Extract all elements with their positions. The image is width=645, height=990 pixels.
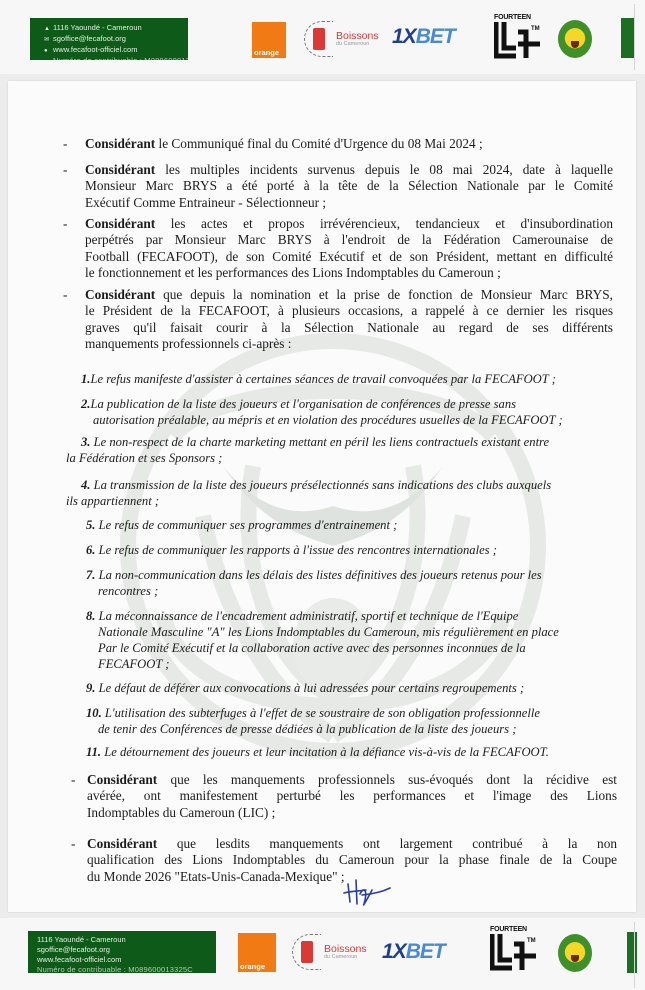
failing-item-line: 8. La méconnaissance de l'encadrement ad… xyxy=(86,608,518,624)
failing-number: 10. xyxy=(86,706,102,720)
website-line: ●www.fecafoot-officiel.com xyxy=(44,45,188,56)
consideration-paragraph: -Considérant que les manquements profess… xyxy=(87,772,617,821)
letterhead-footer: 1116 Yaoundé - Cameroun sgoffice@fecafoo… xyxy=(0,918,645,990)
footer-orange-logo: orange xyxy=(238,933,276,972)
keyword-considerant: Considérant xyxy=(85,216,155,231)
contact-box: ▲1116 Yaoundé - Cameroun ✉sgoffice@fecaf… xyxy=(30,18,188,60)
failing-number: 5. xyxy=(86,518,95,532)
failing-number: 11. xyxy=(86,745,101,759)
failing-number: 9. xyxy=(86,681,95,695)
home-icon: ▲ xyxy=(44,24,53,34)
footer-1xbet-logo: 1XBET xyxy=(382,940,445,964)
bullet-dash: - xyxy=(63,136,67,152)
failing-item-line: 1.Le refus manifeste d'assister à certai… xyxy=(81,371,556,387)
consideration-line: graves qu'il faisait courir à la Sélecti… xyxy=(85,320,613,336)
keyword-considerant: Considérant xyxy=(85,287,155,302)
consideration-line: Exécutif Comme Entraineur - Sélectionneu… xyxy=(85,195,613,211)
failing-item-line: Par le Comité Exécutif et la collaborati… xyxy=(98,640,526,656)
bullet-dash: - xyxy=(63,287,67,303)
failing-number: 2. xyxy=(81,397,90,411)
failing-item-line: 2.La publication de la liste des joueurs… xyxy=(81,396,516,412)
svg-text:TM: TM xyxy=(531,26,540,32)
footer-website-line: www.fecafoot-officiel.com xyxy=(37,955,216,965)
fourteen-14-mark-icon: TM xyxy=(494,22,544,60)
failing-item-line: la Fédération et ses Sponsors ; xyxy=(66,450,222,466)
green-accent-bar xyxy=(621,18,635,58)
failing-number: 4. xyxy=(81,478,90,492)
consideration-line: Considérant les actes et propos irrévére… xyxy=(85,216,613,232)
failing-item-line: 4. La transmission de la liste des joueu… xyxy=(81,477,551,493)
failing-item-line: autorisation préalable, au mépris et en … xyxy=(93,412,563,428)
failing-item-line: FECAFOOT ; xyxy=(98,656,169,672)
signature-initials-icon xyxy=(342,876,392,910)
bullet-dash: - xyxy=(63,162,67,178)
document-page: -Considérant le Communiqué final du Comi… xyxy=(8,81,636,912)
footer-address-line: 1116 Yaoundé - Cameroun xyxy=(37,935,216,945)
mail-icon: ✉ xyxy=(44,35,53,45)
footer-boissons-du-cameroun-logo: Boissons du Cameroun xyxy=(292,933,367,971)
failing-item-line: ils appartiennent ; xyxy=(66,493,159,509)
consideration-paragraph: -Considérant les multiples incidents sur… xyxy=(85,162,613,211)
footer-lion-emblem-logo xyxy=(558,934,592,972)
consideration-line: Considérant que les manquements professi… xyxy=(87,772,617,788)
keyword-considerant: Considérant xyxy=(85,162,155,177)
keyword-considerant: Considérant xyxy=(87,772,157,787)
footer-email-line: sgoffice@fecafoot.org xyxy=(37,945,216,955)
failing-number: 6. xyxy=(86,543,95,557)
consideration-paragraph: -Considérant le Communiqué final du Comi… xyxy=(85,136,613,152)
address-line: ▲1116 Yaoundé - Cameroun xyxy=(44,23,188,34)
keyword-considerant: Considérant xyxy=(85,136,155,151)
failing-item-line: rencontres ; xyxy=(98,583,158,599)
consideration-line: Considérant que lesdits manquements ont … xyxy=(87,836,617,852)
failing-number: 3. xyxy=(81,435,90,449)
fourteen-14-mark-icon: TM xyxy=(490,934,540,972)
failing-number: 1. xyxy=(81,372,90,386)
bullet-dash: - xyxy=(71,836,75,852)
globe-icon: ● xyxy=(44,46,53,56)
failing-item-line: 7. La non-communication dans les délais … xyxy=(86,567,542,583)
fourteen-logo: FOURTEEN TM xyxy=(494,14,546,62)
letterhead-header: ▲1116 Yaoundé - Cameroun ✉sgoffice@fecaf… xyxy=(0,0,645,74)
failing-number: 7. xyxy=(86,568,95,582)
failing-item-line: Nationale Masculine "A" les Lions Indomp… xyxy=(98,624,559,640)
orange-logo: orange xyxy=(252,22,286,58)
boissons-seal-icon xyxy=(292,934,321,970)
email-line: ✉sgoffice@fecafoot.org xyxy=(44,34,188,45)
failing-item-line: 5. Le refus de communiquer ses programme… xyxy=(86,517,397,533)
failing-item-line: 11. Le détournement des joueurs et leur … xyxy=(86,744,549,760)
consideration-line: perpétrés par Monsieur Marc BRYS à l'end… xyxy=(85,232,613,248)
bullet-dash: - xyxy=(63,216,67,232)
footer-green-accent-bar xyxy=(627,932,637,973)
1xbet-logo: 1XBET xyxy=(392,25,455,49)
consideration-paragraph: -Considérant les actes et propos irrévér… xyxy=(85,216,613,281)
consideration-line: qualification des Lions Indomptables du … xyxy=(87,852,617,868)
consideration-line: Football (FECAFOOT), de son Comité Exécu… xyxy=(85,249,613,265)
consideration-line: le Président de la FECAFOOT, à plusieurs… xyxy=(85,303,613,319)
failing-item-line: 6. Le refus de communiquer les rapports … xyxy=(86,542,497,558)
consideration-line: le fonctionnement et les performances de… xyxy=(85,265,613,281)
taxpayer-line: Numéro de contribuable : M089600013325C xyxy=(44,56,188,60)
failing-item-line: 10. L'utilisation des subterfuges à l'ef… xyxy=(86,705,540,721)
consideration-line: Considérant le Communiqué final du Comit… xyxy=(85,136,613,152)
consideration-line: Indomptables du Cameroun (LIC) ; xyxy=(87,805,617,821)
failing-item-line: 9. Le défaut de déférer aux convocations… xyxy=(86,680,524,696)
failing-number: 8. xyxy=(86,609,95,623)
consideration-line: Monsieur Marc BRYS a été porté à la tête… xyxy=(85,178,613,194)
footer-fourteen-logo: FOURTEEN TM xyxy=(490,926,542,974)
consideration-line: Considérant que depuis la nomination et … xyxy=(85,287,613,303)
bullet-dash: - xyxy=(71,772,75,788)
boissons-du-cameroun-logo: Boissons du Cameroun xyxy=(304,20,379,58)
failing-item-line: de tenir des Conférences de presse dédié… xyxy=(98,721,516,737)
failing-item-line: 3. Le non-respect de la charte marketing… xyxy=(81,434,549,450)
boissons-seal-icon xyxy=(304,21,333,57)
footer-contact-box: 1116 Yaoundé - Cameroun sgoffice@fecafoo… xyxy=(28,931,216,973)
consideration-paragraph: -Considérant que depuis la nomination et… xyxy=(85,287,613,352)
svg-text:TM: TM xyxy=(527,938,536,944)
footer-taxpayer-line: Numéro de contribuable : M089600013325C xyxy=(37,965,216,973)
consideration-line: avérée, ont manifestement perturbé les p… xyxy=(87,788,617,804)
consideration-line: manquements professionnels ci-après : xyxy=(85,336,613,352)
consideration-line: Considérant les multiples incidents surv… xyxy=(85,162,613,178)
lion-emblem-logo xyxy=(558,20,592,58)
keyword-considerant: Considérant xyxy=(87,836,157,851)
